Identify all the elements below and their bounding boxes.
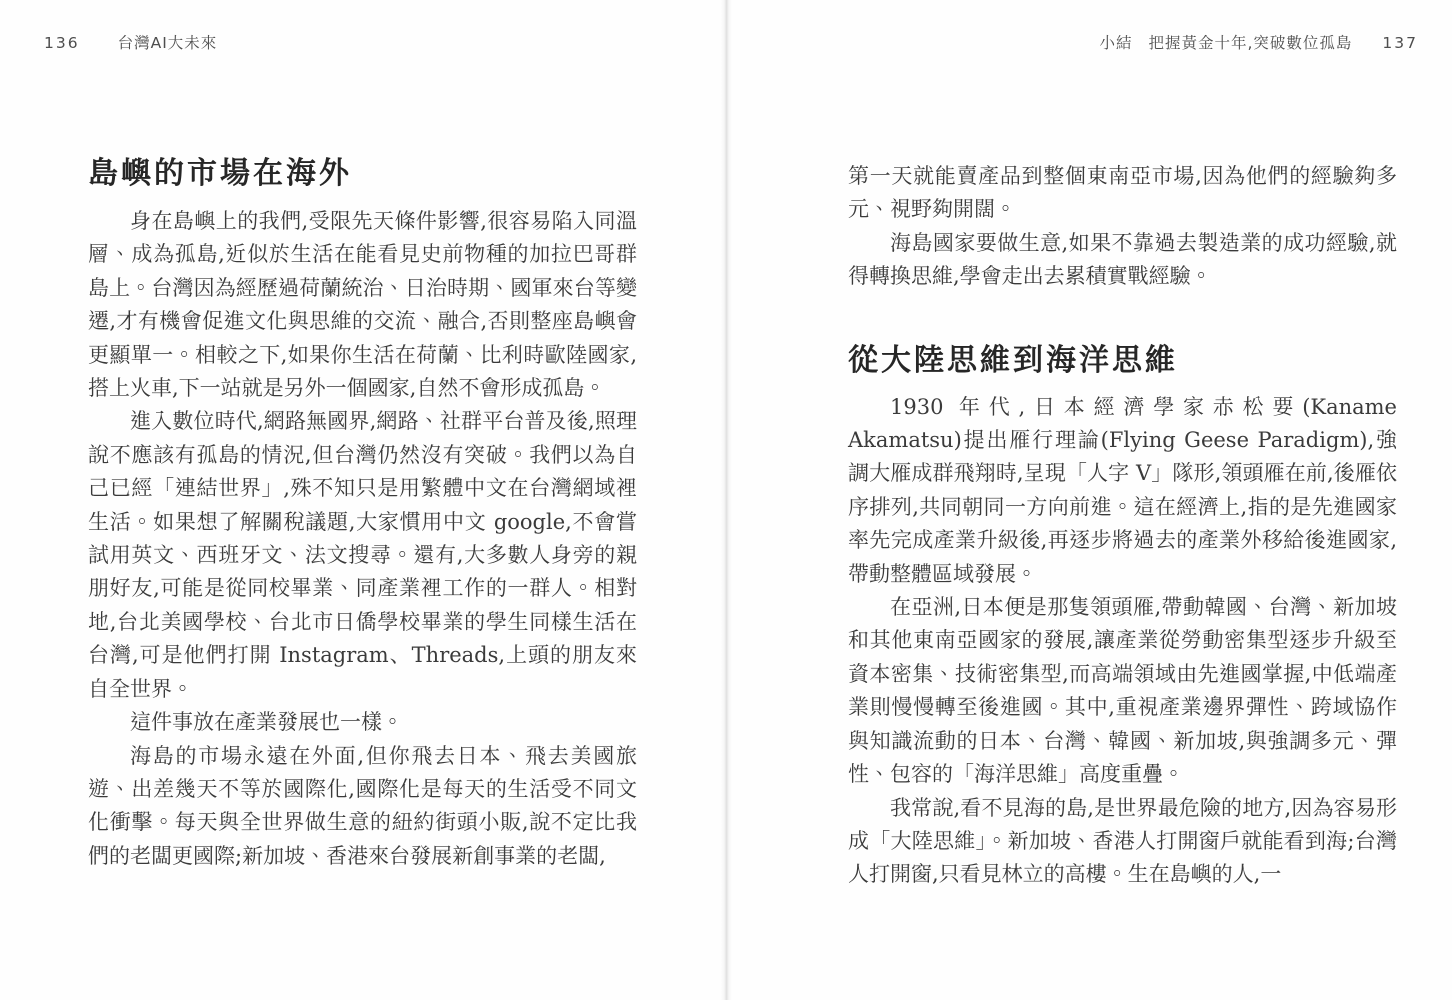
paragraph: 進入數位時代,網路無國界,網路、社群平台普及後,照理說不應該有孤島的情況,但台灣… bbox=[88, 405, 637, 706]
page-number-right: 137 bbox=[1382, 34, 1418, 52]
page-left: 136 台灣AI大未來 島嶼的市場在海外 身在島嶼上的我們,受限先天條件影響,很… bbox=[0, 0, 726, 1000]
section-heading-right: 從大陸思維到海洋思維 bbox=[848, 343, 1397, 379]
section-label: 小結 bbox=[1099, 31, 1132, 53]
paragraph: 身在島嶼上的我們,受限先天條件影響,很容易陷入同溫層、成為孤島,近似於生活在能看… bbox=[88, 205, 637, 405]
paragraph: 海島的市場永遠在外面,但你飛去日本、飛去美國旅遊、出差幾天不等於國際化,國際化是… bbox=[88, 740, 637, 874]
paragraph: 我常說,看不見海的島,是世界最危險的地方,因為容易形成「大陸思維」。新加坡、香港… bbox=[848, 792, 1397, 892]
running-header-left: 136 台灣AI大未來 bbox=[44, 31, 217, 53]
paragraph: 這件事放在產業發展也一樣。 bbox=[88, 706, 637, 739]
paragraph: 海島國家要做生意,如果不靠過去製造業的成功經驗,就得轉換思維,學會走出去累積實戰… bbox=[848, 227, 1397, 294]
page-right: 小結 把握黃金十年,突破數位孤島 137 第一天就能賣產品到整個東南亞市場,因為… bbox=[726, 0, 1452, 1000]
paragraph: 1930 年代,日本經濟學家赤松要(Kaname Akamatsu)提出雁行理論… bbox=[848, 391, 1397, 591]
page-right-content: 第一天就能賣產品到整個東南亞市場,因為他們的經驗夠多元、視野夠開闊。 海島國家要… bbox=[848, 160, 1397, 892]
continuation-paragraph: 第一天就能賣產品到整個東南亞市場,因為他們的經驗夠多元、視野夠開闊。 bbox=[848, 160, 1397, 227]
book-spread: 136 台灣AI大未來 島嶼的市場在海外 身在島嶼上的我們,受限先天條件影響,很… bbox=[0, 0, 1452, 1000]
section-heading-left: 島嶼的市場在海外 bbox=[88, 156, 637, 192]
page-number-left: 136 bbox=[44, 34, 80, 52]
running-title-right: 把握黃金十年,突破數位孤島 bbox=[1148, 31, 1352, 53]
page-left-content: 島嶼的市場在海外 身在島嶼上的我們,受限先天條件影響,很容易陷入同溫層、成為孤島… bbox=[88, 156, 637, 873]
running-title-left: 台灣AI大未來 bbox=[118, 31, 218, 53]
paragraph: 在亞洲,日本便是那隻領頭雁,帶動韓國、台灣、新加坡和其他東南亞國家的發展,讓產業… bbox=[848, 591, 1397, 791]
running-header-right: 小結 把握黃金十年,突破數位孤島 137 bbox=[1099, 31, 1418, 53]
